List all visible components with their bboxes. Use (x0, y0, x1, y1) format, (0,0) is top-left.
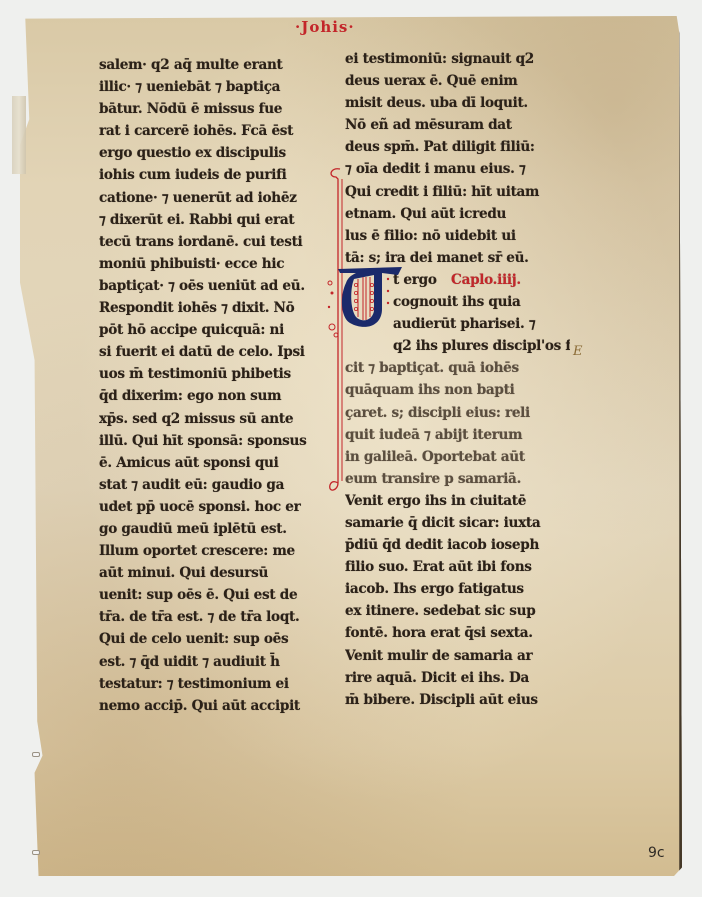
text-line: q̄d dixerim: ego non sum (99, 385, 321, 407)
text-line: ⁊ dixerūt ei. Rabbi qui erat (99, 209, 321, 231)
text-line: si fuerit ei datū de celo. Ipsi (99, 341, 321, 363)
text-line: udet pp̄ uocē sponsi. hoc er (99, 496, 321, 518)
text-line: Qui de celo uenit: sup oēs (99, 628, 321, 650)
text-line: çaret. s; discipli eius: reli (345, 402, 570, 424)
margin-annotation: E (573, 344, 583, 359)
historiated-initial (336, 265, 404, 331)
text-line: illū. Qui hīt sponsā: sponsus (99, 430, 321, 452)
text-line: rire aquā. Dicit ei ihs. Da (345, 667, 570, 689)
text-line: ⁊ oīa dedit i manu eius. ⁊ (345, 158, 570, 180)
text-line: q2 ihs plures discipl'os fa (345, 335, 570, 357)
text-line: uos m̄ testimoniū phibetis (99, 363, 321, 385)
folio-number: 9c (648, 845, 665, 861)
text-line: Qui credit i filiū: hīt uitam (345, 181, 570, 203)
text-line: stat ⁊ audit eū: gaudio ga (99, 474, 321, 496)
text-line: eum transire p samariā. (345, 468, 570, 490)
text-line: Venit mulir de samaria ar (345, 645, 570, 667)
text-line: Respondit iohēs ⁊ dixit. Nō (99, 297, 321, 319)
text-column-left: salem· q2 aq̄ multe erantillic· ⁊ uenieb… (99, 54, 321, 717)
text-line: filio suo. Erat aūt ibi fons (345, 556, 570, 578)
text-line: catione· ⁊ uenerūt ad iohēz (99, 187, 321, 209)
text-line: etnam. Qui aūt icredu (345, 203, 570, 225)
text-line: p̄diū q̄d dedit iacob ioseph (345, 534, 570, 556)
text-line: misit deus. uba dī loquit. (345, 92, 570, 114)
text-line: est. ⁊ q̄d uidit ⁊ audiuit h̄ (99, 651, 321, 673)
text-line: pōt hō accipe quicquā: ni (99, 319, 321, 341)
text-line: Nō eñ ad mēsuram dat (345, 114, 570, 136)
text-line: uenit: sup oēs ē. Qui est de (99, 584, 321, 606)
text-line: iacob. Ihs ergo fatigatus (345, 578, 570, 600)
text-line: m̄ bibere. Discipli aūt eius (345, 689, 570, 711)
text-line: tr̄a. de tr̄a est. ⁊ de tr̄a loqt. (99, 606, 321, 628)
text-line: deus uerax ē. Quē enim (345, 70, 570, 92)
text-line: ex itinere. sedebat sic sup (345, 600, 570, 622)
text-line: tecū trans iordanē. cui testi (99, 231, 321, 253)
initial-letter-icon (336, 265, 404, 331)
text-line: ē. Amicus aūt sponsi qui (99, 452, 321, 474)
text-line: illic· ⁊ ueniebāt ⁊ baptiça (99, 76, 321, 98)
text-line: xp̄s. sed q2 missus sū ante (99, 408, 321, 430)
text-line: bātur. Nōdū ē missus fue (99, 98, 321, 120)
manuscript-scan: ·Johis· salem· q2 aq̄ multe erantillic· … (0, 0, 702, 897)
text-line: baptiçat· ⁊ oēs ueniūt ad eū. (99, 275, 321, 297)
running-head: ·Johis· (295, 18, 355, 36)
chapter-rubric: Caplo.iiij. (451, 272, 521, 288)
text-line: rat i carcerē iohēs. Fcā ēst (99, 120, 321, 142)
text-line: aūt minui. Qui desursū (99, 562, 321, 584)
text-line: ei testimoniū: signauit q2 (345, 48, 570, 70)
text-line: moniū phibuisti· ecce hic (99, 253, 321, 275)
binding-stub (12, 96, 26, 174)
text-line: nemo accip̄. Qui aūt accipit (99, 695, 321, 717)
text-line: Illum oportet crescere: me (99, 540, 321, 562)
text-line: in galileā. Oportebat aūt (345, 446, 570, 468)
text-line: Venit ergo ihs in ciuitatē (345, 490, 570, 512)
text-line: iohis cum iudeis de purifi (99, 164, 321, 186)
text-line: testatur: ⁊ testimonium ei (99, 673, 321, 695)
text-line: deus spm̄. Pat diligit filiū: (345, 136, 570, 158)
text-line: fontē. hora erat q̄si sexta. (345, 622, 570, 644)
text-column-right: ei testimoniū: signauit q2deus uerax ē. … (345, 48, 570, 711)
text-line: samarie q̄ dicit sicar: iuxta (345, 512, 570, 534)
sewing-hole (32, 752, 40, 757)
text-line: quit iudeā ⁊ abijt iterum (345, 424, 570, 446)
sewing-hole (32, 850, 40, 855)
text-line: lus ē filio: nō uidebit ui (345, 225, 570, 247)
text-line: ergo questio ex discipulis (99, 142, 321, 164)
text-line: cit ⁊ baptiçat. quā iohēs (345, 357, 570, 379)
text-line: salem· q2 aq̄ multe erant (99, 54, 321, 76)
text-line: quāquam ihs non bapti (345, 379, 570, 401)
text-line: go gaudiū meū iplētū est. (99, 518, 321, 540)
